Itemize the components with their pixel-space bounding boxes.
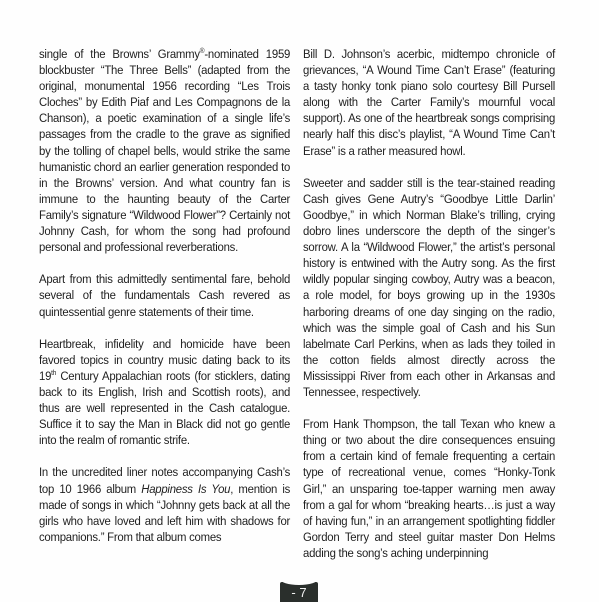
text-run: Bill D. Johnson’s acerbic, midtempo chro…	[303, 47, 555, 158]
album-title: Happiness Is You	[141, 482, 230, 496]
booklet-page: single of the Browns’ Grammy®-nominated …	[0, 0, 599, 602]
paragraph: Apart from this admittedly sentimental f…	[39, 271, 290, 319]
paragraph: Sweeter and sadder still is the tear-sta…	[303, 175, 555, 400]
paragraph: In the uncredited liner notes accompanyi…	[39, 464, 290, 544]
text-run: -nominated 1959 blockbuster “The Three B…	[39, 47, 290, 254]
text-run: single of the Browns’ Grammy	[39, 47, 200, 61]
text-run: Sweeter and sadder still is the tear-sta…	[303, 176, 555, 399]
paragraph: single of the Browns’ Grammy®-nominated …	[39, 46, 290, 255]
page-number: - 7	[291, 585, 306, 600]
text-run: Apart from this admittedly sentimental f…	[39, 272, 290, 318]
paragraph: From Hank Thompson, the tall Texan who k…	[303, 416, 555, 561]
paragraph: Bill D. Johnson’s acerbic, midtempo chro…	[303, 46, 555, 159]
text-run: Century Appalachian roots (for sticklers…	[39, 369, 290, 447]
text-run: From Hank Thompson, the tall Texan who k…	[303, 417, 555, 560]
right-column: Bill D. Johnson’s acerbic, midtempo chro…	[303, 46, 555, 561]
page-number-tab: - 7	[280, 582, 318, 602]
paragraph: Heartbreak, infidelity and homicide have…	[39, 336, 290, 449]
left-column: single of the Browns’ Grammy®-nominated …	[39, 46, 290, 545]
